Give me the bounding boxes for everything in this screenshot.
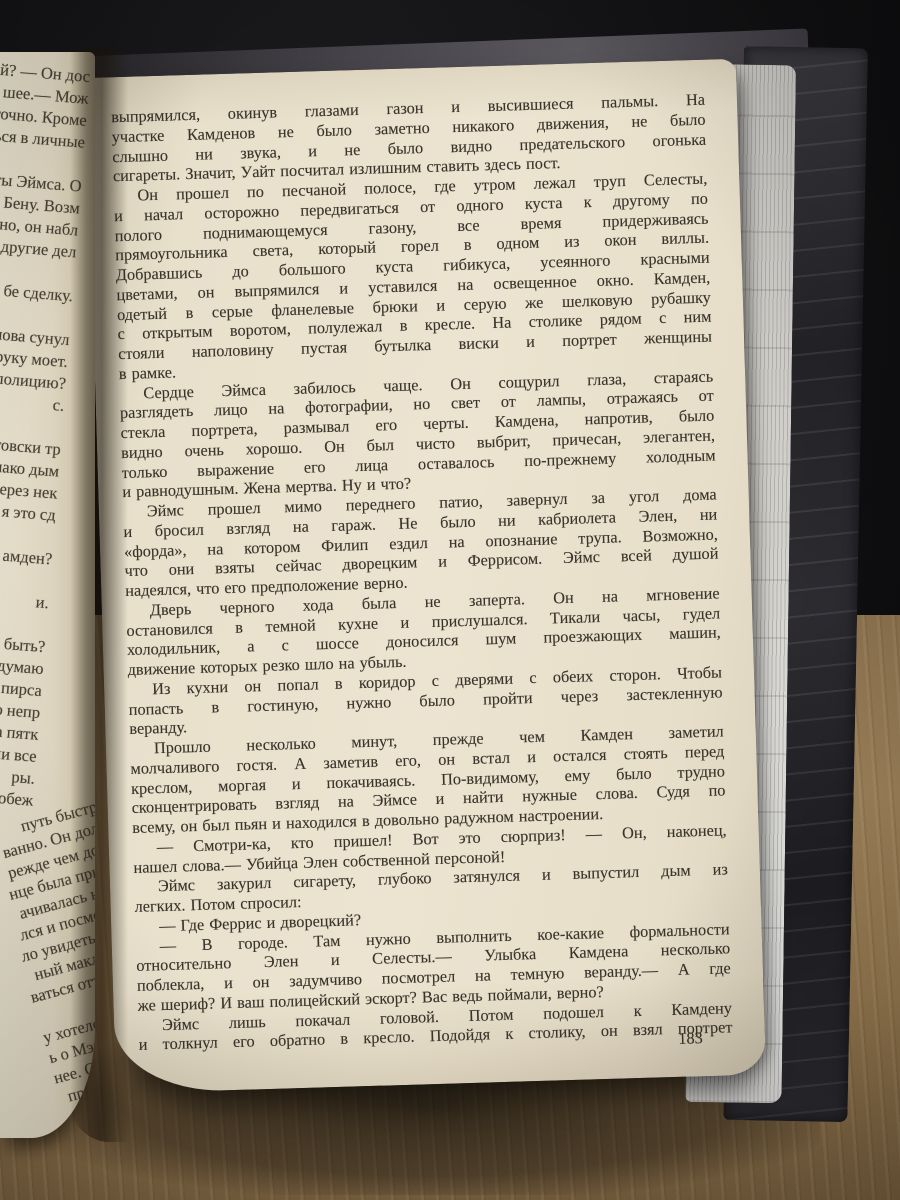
gutter-shadow (70, 48, 128, 1142)
book-photo: выпрямился, окинув глазами газон и высив… (0, 0, 900, 1200)
right-page: выпрямился, окинув глазами газон и высив… (86, 59, 766, 1094)
right-page-text: выпрямился, окинув глазами газон и высив… (111, 90, 733, 1055)
